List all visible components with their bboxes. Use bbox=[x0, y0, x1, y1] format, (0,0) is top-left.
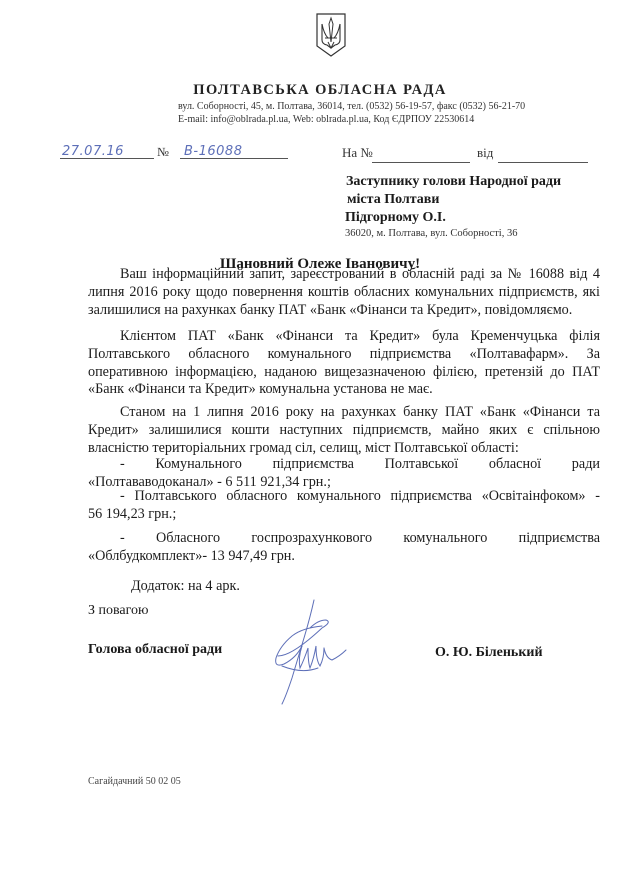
addressee-name: Підгорному О.І. bbox=[345, 210, 446, 226]
outgoing-number-handwritten: В-16088 bbox=[184, 144, 242, 159]
reply-to-number-blank bbox=[372, 146, 470, 163]
organization-address: вул. Соборності, 45, м. Полтава, 36014, … bbox=[178, 101, 598, 112]
appendix-note: Додаток: на 4 арк. bbox=[131, 578, 240, 595]
reply-to-date-label: від bbox=[477, 145, 493, 161]
outgoing-number-label: № bbox=[157, 145, 169, 160]
addressee-title: Заступнику голови Народної ради bbox=[346, 174, 561, 190]
reply-to-date-blank bbox=[498, 146, 588, 163]
enterprise-list-item: - Комунального підприємства Полтавської … bbox=[88, 456, 600, 492]
executor-footer: Сагайдачний 50 02 05 bbox=[88, 776, 181, 787]
trident-coat-of-arms-icon bbox=[315, 12, 347, 58]
closing-regards: З повагою bbox=[88, 603, 149, 619]
signer-name: О. Ю. Біленький bbox=[435, 645, 543, 661]
outgoing-date-handwritten: 27.07.16 bbox=[62, 144, 124, 159]
list-item-line: «Облбудкомплект»- 13 947,49 грн. bbox=[88, 548, 600, 566]
reply-to-number-label: На № bbox=[342, 145, 373, 161]
list-item-line: - Обласного госпрозрахункового комунальн… bbox=[88, 530, 600, 548]
addressee-city: міста Полтави bbox=[347, 192, 439, 208]
body-paragraph: Клієнтом ПАТ «Банк «Фінанси та Кредит» б… bbox=[88, 328, 600, 399]
body-paragraph: Ваш інформаційний запит, зареєстрований … bbox=[88, 266, 600, 319]
outgoing-date-field: 27.07.16 bbox=[60, 142, 154, 159]
enterprise-list-item: - Полтавського обласного комунального пі… bbox=[88, 488, 600, 524]
paragraph-text: Станом на 1 липня 2016 року на рахунках … bbox=[88, 404, 600, 457]
body-paragraph: Станом на 1 липня 2016 року на рахунках … bbox=[88, 404, 600, 457]
organization-contacts: E-mail: info@oblrada.pl.ua, Web: oblrada… bbox=[178, 114, 598, 125]
signer-position: Голова обласної ради bbox=[88, 642, 222, 658]
enterprise-list-item: - Обласного госпрозрахункового комунальн… bbox=[88, 530, 600, 566]
list-item-line: - Комунального підприємства Полтавської … bbox=[88, 456, 600, 474]
organization-title: ПОЛТАВСЬКА ОБЛАСНА РАДА bbox=[0, 82, 640, 99]
handwritten-signature-icon bbox=[262, 598, 352, 708]
list-item-line: 56 194,23 грн.; bbox=[88, 506, 600, 524]
paragraph-text: Ваш інформаційний запит, зареєстрований … bbox=[88, 266, 600, 319]
outgoing-number-field: В-16088 bbox=[180, 142, 288, 159]
addressee-address: 36020, м. Полтава, вул. Соборності, 36 bbox=[345, 228, 517, 239]
paragraph-text: Клієнтом ПАТ «Банк «Фінанси та Кредит» б… bbox=[88, 328, 600, 399]
list-item-line: - Полтавського обласного комунального пі… bbox=[88, 488, 600, 506]
